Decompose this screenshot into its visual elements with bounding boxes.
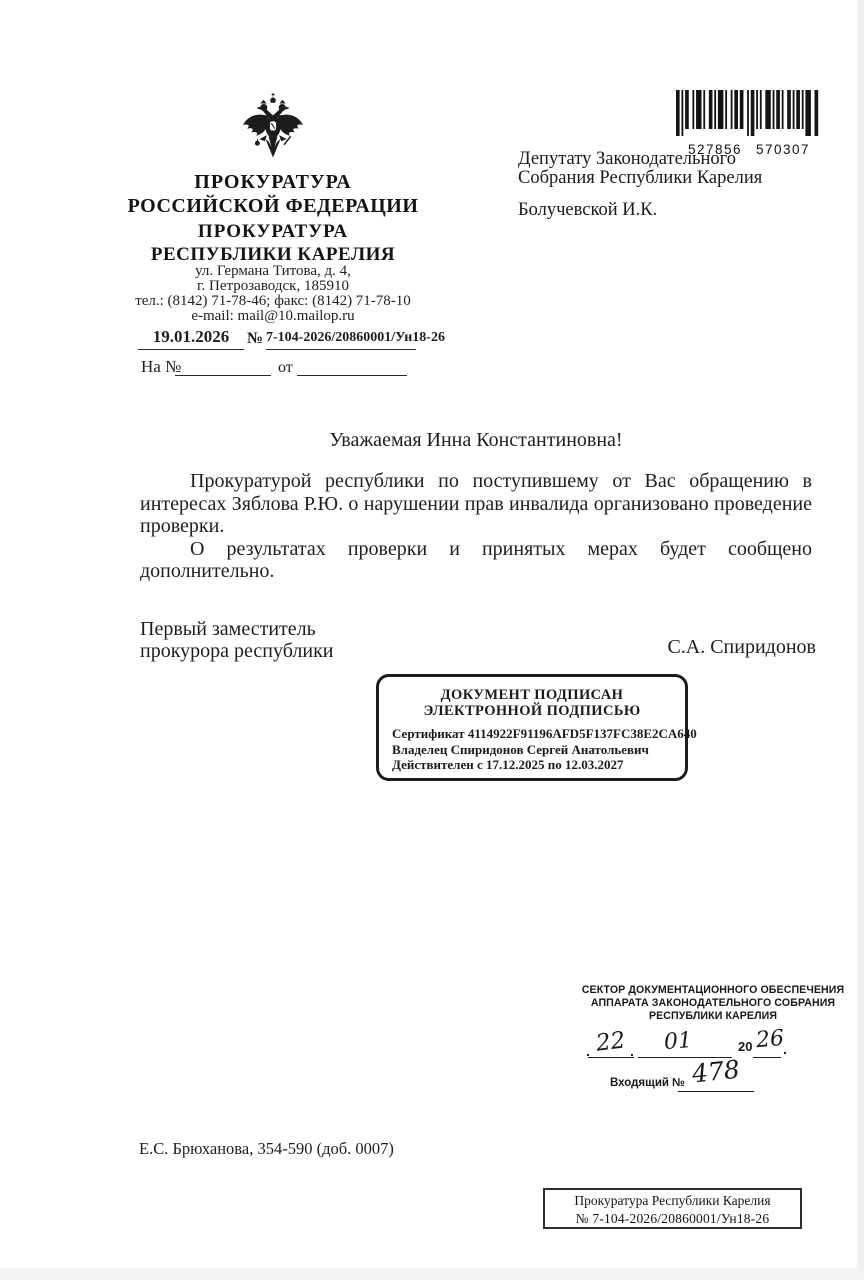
- esign-title-line1: ДОКУМЕНТ ПОДПИСАН: [379, 687, 685, 703]
- org-name-line4: РЕСПУБЛИКИ КАРЕЛИЯ: [110, 245, 436, 265]
- signer-title-block: Первый заместитель прокурора республики: [140, 618, 334, 662]
- handwritten-day: 22: [595, 1027, 627, 1056]
- handwritten-year: 26: [755, 1026, 785, 1053]
- recipient-block: Депутату Законодательного Собрания Респу…: [518, 150, 788, 220]
- scan-edge-bottom: [0, 1268, 864, 1280]
- russia-coat-of-arms-icon: [239, 92, 307, 170]
- incoming-stamp-header: СЕКТОР ДОКУМЕНТАЦИОННОГО ОБЕСПЕЧЕНИЯ АПП…: [580, 984, 846, 1023]
- year-blank-line: [753, 1057, 781, 1058]
- barcode-bars: [676, 90, 820, 136]
- incoming-number-row: Входящий № 478: [580, 1067, 846, 1097]
- ot-label: от: [278, 359, 293, 377]
- handwritten-month: 01: [663, 1028, 693, 1055]
- recipient-line2: Собрания Республики Карелия: [518, 169, 788, 188]
- address-street: ул. Германа Титова, д. 4,: [110, 264, 436, 279]
- year-prefix: 20: [738, 1039, 752, 1054]
- body-paragraph-2: О результатах проверки и принятых мерах …: [140, 538, 812, 583]
- registration-barcode: 527856 570307: [676, 90, 820, 157]
- letter-date: 19.01.2026: [138, 327, 244, 350]
- ot-blank-line: [297, 357, 407, 376]
- certificate-label: Сертификат: [392, 726, 465, 741]
- incoming-registration-stamp: СЕКТОР ДОКУМЕНТАЦИОННОГО ОБЕСПЕЧЕНИЯ АПП…: [580, 984, 846, 1097]
- number-sign: №: [247, 330, 263, 348]
- org-name-line3: ПРОКУРАТУРА: [110, 219, 436, 245]
- address-email: e-mail: mail@10.mailop.ru: [110, 309, 436, 324]
- outgoing-number: 7-104-2026/20860001/Ун18-26: [266, 330, 416, 350]
- esign-owner-line: Владелец Спиридонов Сергей Анатольевич: [392, 742, 685, 758]
- body-paragraph-1: Прокуратурой республики по поступившему …: [140, 470, 812, 538]
- address-city: г. Петрозаводск, 185910: [110, 279, 436, 294]
- electronic-signature-stamp: ДОКУМЕНТ ПОДПИСАН ЭЛЕКТРОННОЙ ПОДПИСЬЮ С…: [376, 674, 688, 781]
- day-blank-line: [588, 1057, 634, 1058]
- executor-contact: Е.С. Брюханова, 354-590 (доб. 0007): [139, 1139, 394, 1159]
- footer-registration-box: Прокуратура Республики Карелия № 7-104-2…: [543, 1188, 802, 1229]
- esign-details: Сертификат 4114922F91196AFD5F137FC38E2CA…: [392, 726, 685, 773]
- address-phone-fax: тел.: (8142) 71-78-46; факс: (8142) 71-7…: [110, 294, 436, 309]
- esign-title: ДОКУМЕНТ ПОДПИСАН ЭЛЕКТРОННОЙ ПОДПИСЬЮ: [379, 687, 685, 719]
- letterhead-address-block: ул. Германа Титова, д. 4, г. Петрозаводс…: [110, 264, 436, 324]
- owner-label: Владелец: [392, 742, 447, 757]
- incoming-stamp-line1: СЕКТОР ДОКУМЕНТАЦИОННОГО ОБЕСПЕЧЕНИЯ: [580, 984, 846, 997]
- incoming-stamp-line3: РЕСПУБЛИКИ КАРЕЛИЯ: [580, 1010, 846, 1023]
- signer-name: С.А. Спиридонов: [616, 636, 816, 659]
- recipient-name: Болучевской И.К.: [518, 201, 788, 220]
- org-name-line2: РОССИЙСКОЙ ФЕДЕРАЦИИ: [110, 194, 436, 219]
- scan-edge-right: [857, 0, 864, 1280]
- year-period: .: [783, 1041, 787, 1057]
- scanned-letter-page: ПРОКУРАТУРА РОССИЙСКОЙ ФЕДЕРАЦИИ ПРОКУРА…: [0, 0, 864, 1280]
- owner-name: Спиридонов Сергей Анатольевич: [451, 742, 649, 757]
- footer-box-number: № 7-104-2026/20860001/Ун18-26: [545, 1210, 800, 1228]
- letterhead-org-block: ПРОКУРАТУРА РОССИЙСКОЙ ФЕДЕРАЦИИ ПРОКУРА…: [110, 170, 436, 265]
- footer-box-org: Прокуратура Республики Карелия: [545, 1192, 800, 1210]
- signer-title-line2: прокурора республики: [140, 640, 334, 662]
- certificate-value: 4114922F91196AFD5F137FC38E2CA640: [468, 726, 697, 741]
- esign-certificate-line: Сертификат 4114922F91196AFD5F137FC38E2CA…: [392, 726, 685, 742]
- esign-validity-line: Действителен с 17.12.2025 по 12.03.2027: [392, 757, 685, 773]
- salutation: Уважаемая Инна Константиновна!: [140, 429, 812, 452]
- org-name-line1: ПРОКУРАТУРА: [110, 170, 436, 194]
- na-no-blank-line: [175, 357, 271, 376]
- signer-title-line1: Первый заместитель: [140, 618, 334, 640]
- incoming-stamp-line2: АППАРАТА ЗАКОНОДАТЕЛЬНОГО СОБРАНИЯ: [580, 997, 846, 1010]
- recipient-line1: Депутату Законодательного: [518, 150, 788, 169]
- letter-body: Прокуратурой республики по поступившему …: [140, 470, 812, 583]
- handwritten-incoming-number: 478: [691, 1055, 741, 1089]
- incoming-number-blank-line: [678, 1091, 754, 1092]
- incoming-number-label: Входящий №: [610, 1077, 685, 1089]
- esign-title-line2: ЭЛЕКТРОННОЙ ПОДПИСЬЮ: [379, 703, 685, 719]
